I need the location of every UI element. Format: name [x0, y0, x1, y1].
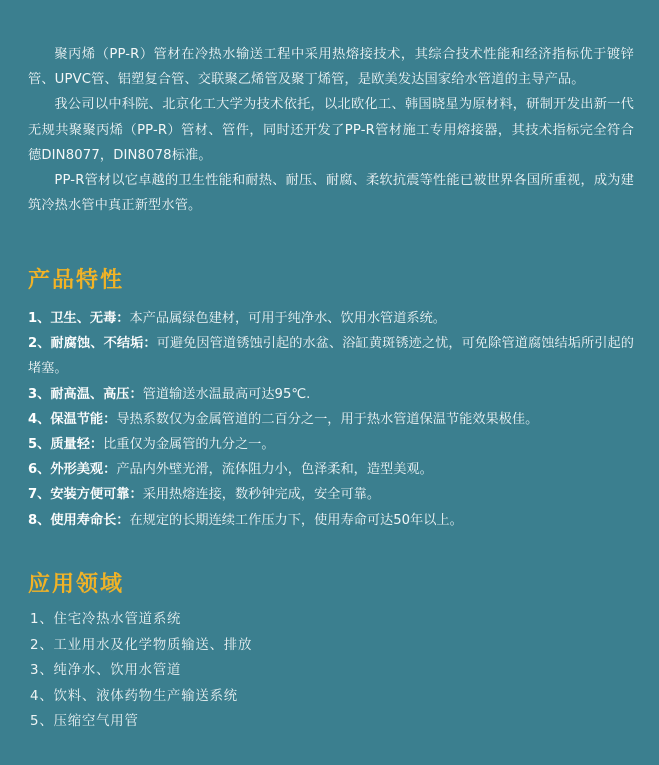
application-item: 3、纯净水、饮用水管道: [30, 658, 252, 684]
application-item: 2、工业用水及化学物质输送、排放: [30, 633, 252, 659]
feature-item: 3、耐高温、高压：管道输送水温最高可达95℃.: [28, 382, 634, 407]
feature-item: 8、使用寿命长：在规定的长期连续工作压力下，使用寿命可达50年以上。: [28, 508, 634, 533]
intro-paragraph: 我公司以中科院、北京化工大学为技术依托，以北欧化工、韩国晓星为原材料，研制开发出…: [28, 92, 634, 168]
feature-text: 管道输送水温最高可达95℃.: [143, 387, 311, 402]
application-item: 1、住宅冷热水管道系统: [30, 607, 252, 633]
feature-text: 产品内外壁光滑，流体阻力小，色泽柔和，造型美观。: [116, 462, 433, 477]
feature-text: 本产品属绿色建材，可用于纯净水、饮用水管道系统。: [130, 311, 447, 326]
feature-text: 采用热熔连接，数秒钟完成，安全可靠。: [143, 487, 380, 502]
feature-item: 6、外形美观：产品内外壁光滑，流体阻力小，色泽柔和，造型美观。: [28, 457, 634, 482]
feature-label: 5、质量轻：: [28, 437, 103, 452]
feature-item: 2、耐腐蚀、不结垢：可避免因管道锈蚀引起的水盆、浴缸黄斑锈迹之忧，可免除管道腐蚀…: [28, 331, 634, 381]
applications-heading: 应用领域: [28, 571, 124, 599]
feature-label: 2、耐腐蚀、不结垢：: [28, 336, 157, 351]
feature-text: 在规定的长期连续工作压力下，使用寿命可达50年以上。: [130, 513, 463, 528]
intro-paragraph: 聚丙烯（PP-R）管材在冷热水输送工程中采用热熔接技术，其综合技术性能和经济指标…: [28, 42, 634, 92]
product-brochure-page: 聚丙烯（PP-R）管材在冷热水输送工程中采用热熔接技术，其综合技术性能和经济指标…: [0, 0, 659, 765]
intro-paragraph: PP-R管材以它卓越的卫生性能和耐热、耐压、耐腐、柔软抗震等性能已被世界各国所重…: [28, 168, 634, 218]
intro-section: 聚丙烯（PP-R）管材在冷热水输送工程中采用热熔接技术，其综合技术性能和经济指标…: [28, 42, 634, 218]
application-item: 5、压缩空气用管: [30, 709, 252, 735]
feature-item: 7、安装方便可靠：采用热熔连接，数秒钟完成，安全可靠。: [28, 482, 634, 507]
features-heading: 产品特性: [28, 267, 124, 295]
features-list: 1、卫生、无毒：本产品属绿色建材，可用于纯净水、饮用水管道系统。 2、耐腐蚀、不…: [28, 306, 634, 533]
feature-text: 导热系数仅为金属管道的二百分之一，用于热水管道保温节能效果极佳。: [116, 412, 538, 427]
feature-label: 7、安装方便可靠：: [28, 487, 143, 502]
feature-label: 4、保温节能：: [28, 412, 116, 427]
feature-label: 6、外形美观：: [28, 462, 116, 477]
feature-label: 8、使用寿命长：: [28, 513, 130, 528]
feature-text: 比重仅为金属管的九分之一。: [103, 437, 274, 452]
feature-label: 1、卫生、无毒：: [28, 311, 130, 326]
feature-item: 1、卫生、无毒：本产品属绿色建材，可用于纯净水、饮用水管道系统。: [28, 306, 634, 331]
feature-item: 4、保温节能：导热系数仅为金属管道的二百分之一，用于热水管道保温节能效果极佳。: [28, 407, 634, 432]
feature-item: 5、质量轻：比重仅为金属管的九分之一。: [28, 432, 634, 457]
application-item: 4、饮料、液体药物生产输送系统: [30, 684, 252, 710]
feature-label: 3、耐高温、高压：: [28, 387, 143, 402]
applications-list: 1、住宅冷热水管道系统 2、工业用水及化学物质输送、排放 3、纯净水、饮用水管道…: [30, 607, 252, 735]
